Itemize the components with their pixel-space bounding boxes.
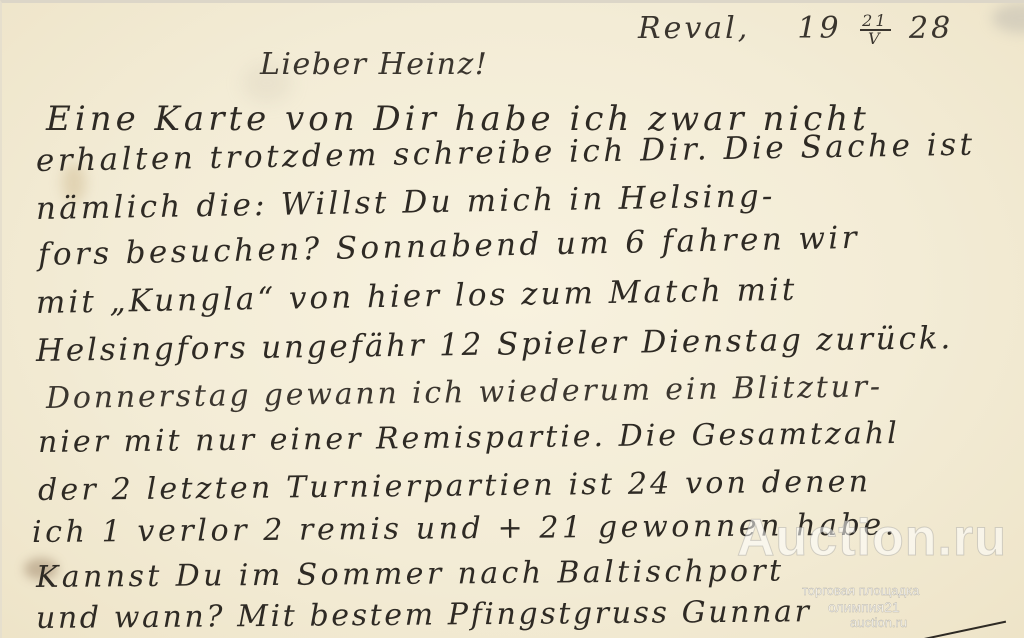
body-line-signature: und wann? Mit bestem Pfingstgruss Gunnar <box>36 594 812 636</box>
signature-underline <box>908 621 1006 638</box>
date-month: V <box>860 31 890 47</box>
year-suffix: 28 <box>909 11 953 46</box>
body-line: mit „Kungla“ von hier los zum Match mit <box>36 272 798 321</box>
place: Reval, <box>638 11 750 46</box>
watermark-line: торговая площадка <box>802 583 919 598</box>
watermark-line: auction.ru <box>850 615 907 630</box>
body-line: Helsingfors ungefähr 12 Spieler Dienstag… <box>36 320 953 369</box>
body-line: Kannst Du im Sommer nach Baltischport <box>36 553 785 595</box>
body-line: fors besuchen? Sonnabend um 6 fahren wir <box>38 220 861 273</box>
body-line: nier mit nur einer Remispartie. Die Gesa… <box>38 416 900 460</box>
year-prefix: 19 <box>797 11 841 46</box>
body-line: Donnerstag gewann ich wiederum ein Blitz… <box>46 369 883 416</box>
paper-stain <box>992 3 1024 33</box>
date-fraction: 21 V <box>860 13 890 47</box>
body-line: ich 1 verlor 2 remis und + 21 gewonnen h… <box>32 507 898 550</box>
place-date-heading: Reval, 19 21 V 28 <box>638 11 953 47</box>
postcard: Reval, 19 21 V 28 Lieber Heinz! Eine Kar… <box>0 0 1024 638</box>
watermark-line: олимпия21 <box>828 599 900 615</box>
body-line: der 2 letzten Turnierpartien ist 24 von … <box>38 464 872 508</box>
greeting: Lieber Heinz! <box>260 47 488 82</box>
body-line: nämlich die: Willst Du mich in Helsing- <box>36 178 776 227</box>
